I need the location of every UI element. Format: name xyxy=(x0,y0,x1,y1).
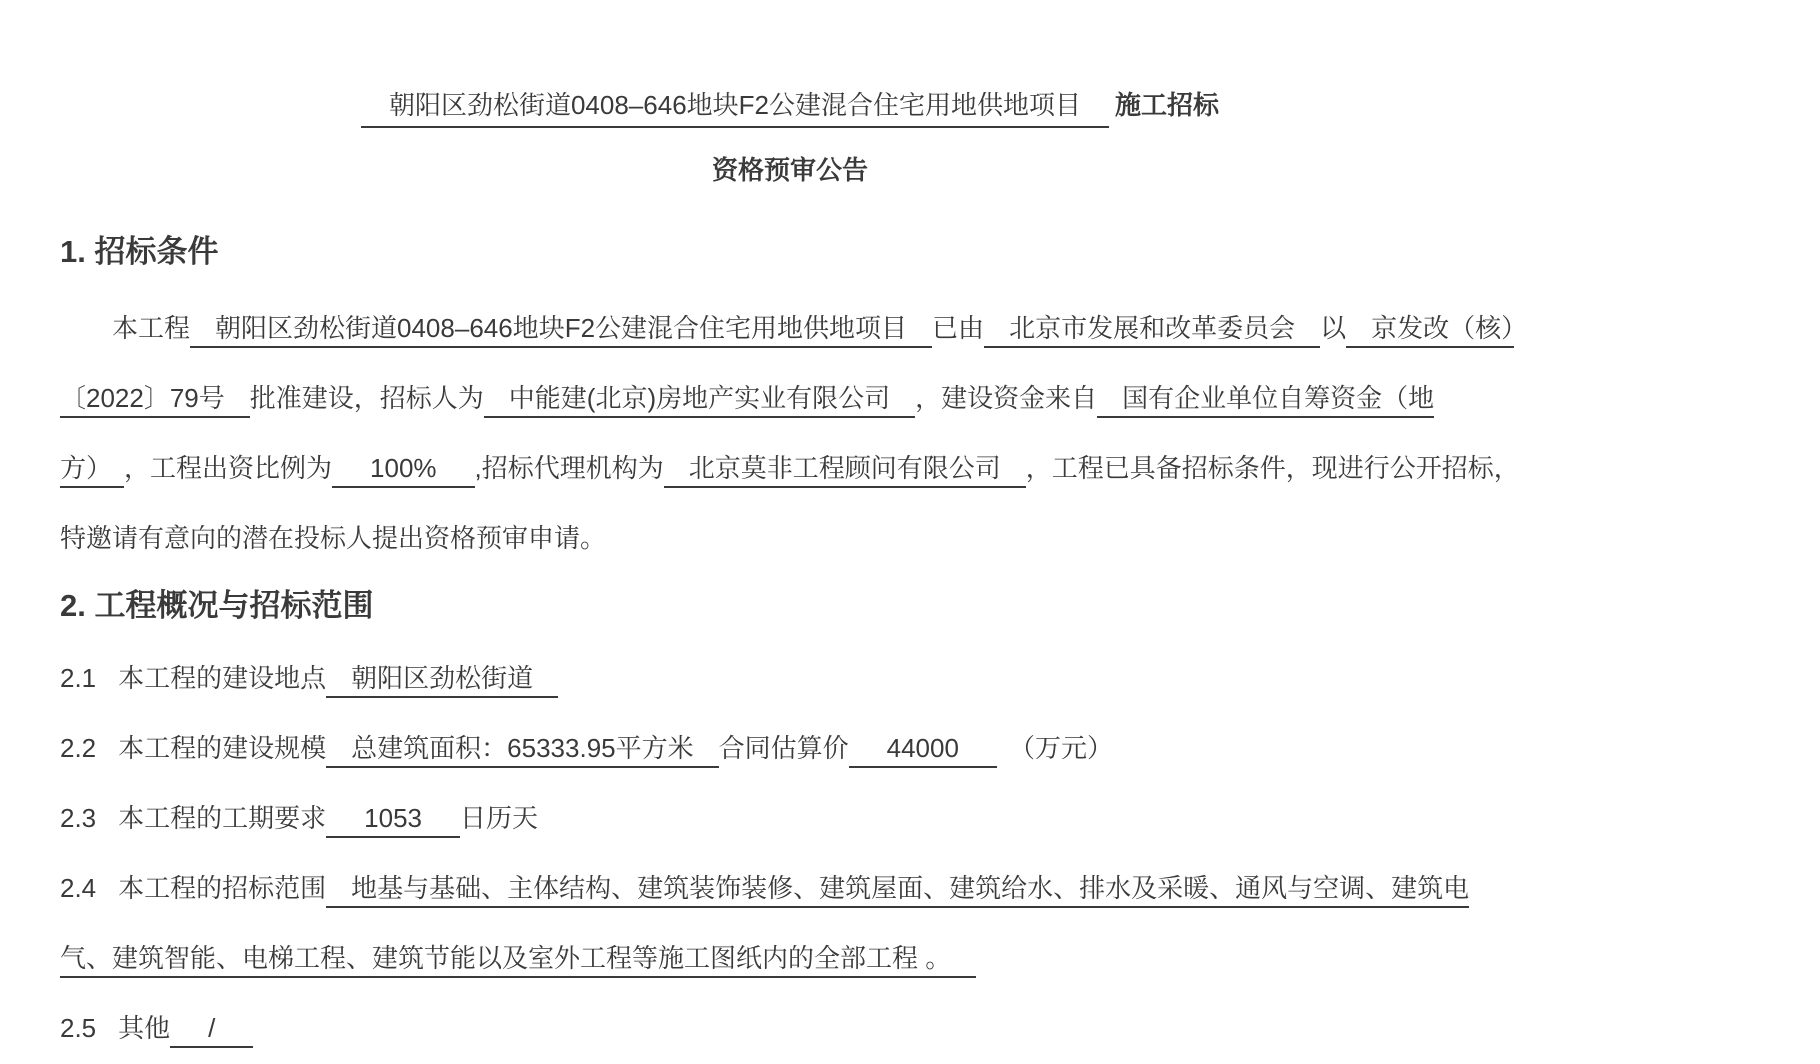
item-2-3: 2.3本工程的工期要求1053日历天 xyxy=(60,783,1520,853)
paragraph-lead: 本工程 xyxy=(112,313,190,343)
text-funds: ，建设资金来自 xyxy=(915,383,1097,413)
project-name-blank: 朝阳区劲松街道0408–646地块F2公建混合住宅用地供地项目 xyxy=(190,313,932,348)
item-2-5-number: 2.5 xyxy=(60,1013,96,1043)
document-subtitle: 资格预审公告 xyxy=(60,150,1520,190)
funding-ratio-blank: 100% xyxy=(332,453,475,488)
text-ratio: ，工程出资比例为 xyxy=(124,453,332,483)
item-2-4-label: 本工程的招标范围 xyxy=(118,873,326,903)
item-2-2-number: 2.2 xyxy=(60,733,96,763)
tenderee-blank: 中能建(北京)房地产实业有限公司 xyxy=(484,383,915,418)
item-2-4: 2.4本工程的招标范围地基与基础、主体结构、建筑装饰装修、建筑屋面、建筑给水、排… xyxy=(60,853,1520,993)
construction-site-blank: 朝阳区劲松街道 xyxy=(326,663,558,698)
item-2-1-number: 2.1 xyxy=(60,663,96,693)
contract-price-blank: 44000 xyxy=(849,733,997,768)
section-2-items: 2.1本工程的建设地点朝阳区劲松街道 2.2本工程的建设规模总建筑面积：6533… xyxy=(60,643,1520,1063)
construction-scale-blank: 总建筑面积：65333.95平方米 xyxy=(326,733,718,768)
item-2-4-number: 2.4 xyxy=(60,873,96,903)
text-agency: ,招标代理机构为 xyxy=(475,453,664,483)
item-2-3-number: 2.3 xyxy=(60,803,96,833)
item-2-3-unit: 日历天 xyxy=(460,803,538,833)
title-suffix: 施工招标 xyxy=(1115,90,1219,120)
text-with: 以 xyxy=(1320,313,1346,343)
other-blank: / xyxy=(170,1013,253,1048)
item-2-5: 2.5其他/ xyxy=(60,993,1520,1063)
duration-blank: 1053 xyxy=(326,803,460,838)
item-2-5-label: 其他 xyxy=(118,1013,170,1043)
section-1-paragraph: 本工程朝阳区劲松街道0408–646地块F2公建混合住宅用地供地项目已由北京市发… xyxy=(60,293,1520,573)
approval-authority-blank: 北京市发展和改革委员会 xyxy=(984,313,1320,348)
title-project-name-blank: 朝阳区劲松街道0408–646地块F2公建混合住宅用地供地项目 xyxy=(361,90,1109,128)
item-2-2-label: 本工程的建设规模 xyxy=(118,733,326,763)
agency-blank: 北京莫非工程顾问有限公司 xyxy=(664,453,1026,488)
item-2-3-label: 本工程的工期要求 xyxy=(118,803,326,833)
document-page: 朝阳区劲松街道0408–646地块F2公建混合住宅用地供地项目施工招标 资格预审… xyxy=(60,0,1520,1063)
item-2-2-unit: （万元） xyxy=(1009,733,1113,763)
item-2-2-label2: 合同估算价 xyxy=(719,733,849,763)
text-approved-by: 已由 xyxy=(932,313,984,343)
section-2-heading: 2. 工程概况与招标范围 xyxy=(60,584,1520,628)
item-2-1-label: 本工程的建设地点 xyxy=(118,663,326,693)
section-1-heading: 1. 招标条件 xyxy=(60,230,1520,274)
item-2-2: 2.2本工程的建设规模总建筑面积：65333.95平方米合同估算价44000（万… xyxy=(60,713,1520,783)
item-2-1: 2.1本工程的建设地点朝阳区劲松街道 xyxy=(60,643,1520,713)
document-title: 朝阳区劲松街道0408–646地块F2公建混合住宅用地供地项目施工招标 xyxy=(60,85,1520,125)
text-approval: 批准建设，招标人为 xyxy=(250,383,484,413)
